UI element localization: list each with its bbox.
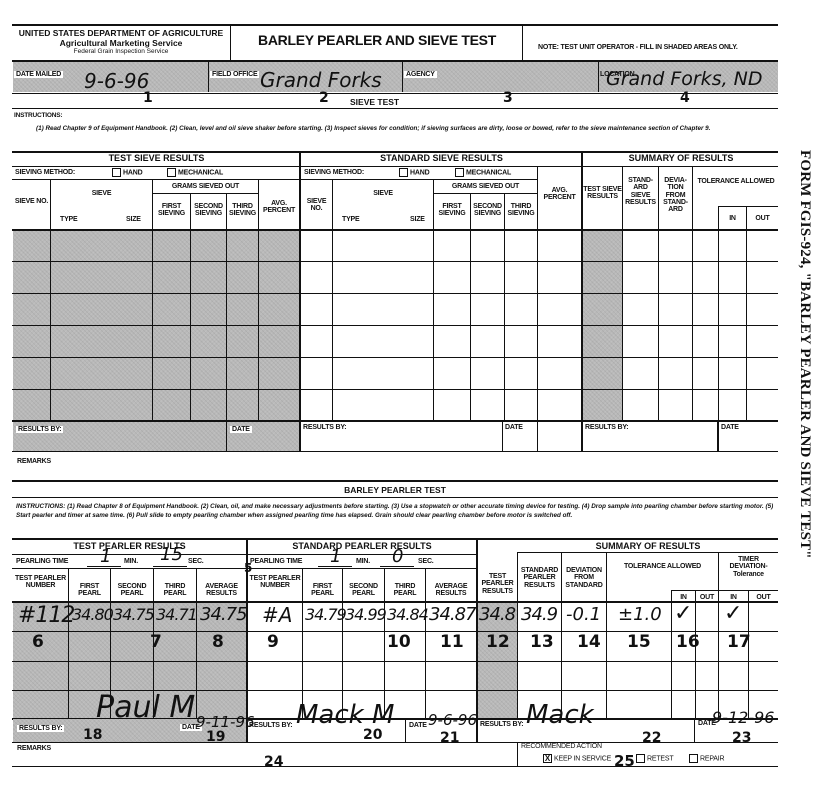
rule — [12, 179, 299, 180]
header-divider — [522, 24, 523, 60]
ps-col-deviation: DEVIATION FROM STANDARD — [562, 567, 606, 589]
info-divider — [402, 61, 403, 92]
date-mailed-label: DATE MAILED — [14, 71, 63, 78]
sp-third-value[interactable]: 34.84 — [387, 605, 428, 624]
sieve-title-rule — [12, 166, 778, 167]
recommended-action-label: RECOMMENDED ACTION — [521, 743, 602, 750]
ps-tolerance-in-check[interactable]: ✓ — [674, 600, 692, 626]
std-col-type: TYPE — [342, 216, 359, 223]
pearler-table-top — [12, 538, 778, 540]
ps-results-by-label: RESULTS BY: — [480, 721, 523, 728]
checkbox[interactable] — [455, 168, 464, 177]
grid-row-line — [12, 357, 778, 358]
ps-col-tolerance: TOLERANCE ALLOWED — [607, 563, 718, 570]
header-divider — [230, 24, 231, 60]
test-date-label: DATE — [230, 426, 252, 433]
ps-col-test: TEST PEARLER RESULTS — [478, 573, 517, 595]
col-line — [718, 206, 719, 451]
col-line — [717, 421, 718, 451]
marker-22: 22 — [642, 730, 661, 746]
grid-row-line — [12, 293, 778, 294]
checkbox[interactable] — [167, 168, 176, 177]
col-line — [258, 179, 259, 421]
grid-row-line — [12, 325, 778, 326]
rule — [12, 451, 778, 452]
col-line — [671, 590, 672, 719]
checkbox-checked[interactable]: X — [543, 754, 552, 763]
std-sec-label: SEC. — [418, 558, 434, 565]
sieve-heading-rule — [12, 108, 778, 109]
marker-1: 1 — [143, 90, 153, 106]
agency-label: AGENCY — [404, 71, 437, 78]
operator-note: NOTE: TEST UNIT OPERATOR - FILL IN SHADE… — [538, 44, 738, 51]
std-results-by-label: RESULTS BY: — [303, 424, 346, 431]
tp-average-value[interactable]: 34.75 — [200, 604, 247, 625]
std-col-second: SECOND SIEVING — [471, 203, 504, 218]
sieve-instructions: (1) Read Chapter 9 of Equipment Handbook… — [36, 124, 771, 133]
sum-col-deviation: DEVIA-TION FROM STAND-ARD — [659, 177, 692, 214]
sp-col-number: TEST PEARLER NUMBER — [248, 575, 302, 590]
agency-subservice: Federal Grain Inspection Service — [14, 48, 228, 55]
col-first-sieving: FIRST SIEVING — [153, 203, 190, 218]
test-sieve-title: TEST SIEVE RESULTS — [14, 153, 299, 163]
col-size: SIZE — [126, 216, 141, 223]
standard-sieve-title: STANDARD SIEVE RESULTS — [302, 153, 581, 163]
std-sec-value[interactable]: 0 — [392, 546, 403, 567]
field-office-field[interactable]: FIELD OFFICE Grand Forks — [210, 63, 401, 92]
col-line — [50, 179, 51, 421]
standard-pearler-title: STANDARD PEARLER RESULTS — [248, 541, 476, 551]
col-line — [748, 590, 749, 719]
ps-tolerance-value[interactable]: ±1.0 — [618, 604, 662, 625]
sum-col-standard: STAND-ARD SIEVE RESULTS — [623, 177, 658, 206]
top-rule — [12, 24, 778, 26]
checkbox[interactable] — [636, 754, 645, 763]
sieve-test-heading: SIEVE TEST — [350, 97, 399, 107]
marker-25: 25 — [614, 752, 635, 770]
sum-col-out: OUT — [747, 215, 778, 222]
test-sec-label: SEC. — [188, 558, 204, 565]
col-sieve-no: SIEVE NO. — [13, 198, 50, 205]
col-line — [405, 719, 406, 742]
agency-field[interactable]: AGENCY — [404, 63, 597, 92]
std-col-sieve: SIEVE — [333, 190, 433, 197]
tp-col-first: FIRST PEARL — [69, 583, 110, 598]
ps-col-standard: STANDARD PEARLER RESULTS — [518, 567, 561, 589]
std-min-value[interactable]: 1 — [330, 546, 341, 567]
rule — [12, 554, 476, 555]
col-avg-percent: AVG. PERCENT — [259, 200, 299, 215]
rule — [517, 552, 778, 553]
sp-col-first: FIRST PEARL — [303, 583, 342, 598]
sum-date-label: DATE — [721, 424, 739, 431]
action-retest[interactable]: RETEST — [636, 754, 673, 763]
sieve-remarks-label: REMARKS — [17, 458, 51, 465]
pearler-row-line — [12, 601, 778, 603]
std-col-grams: GRAMS SIEVED OUT — [434, 183, 537, 190]
marker-11: 11 — [440, 632, 464, 652]
grid-row-line — [12, 420, 778, 422]
location-value: Grand Forks, ND — [606, 68, 763, 90]
std-method-hand[interactable]: HAND — [399, 168, 429, 177]
col-line — [190, 193, 191, 421]
col-second-sieving: SECOND SIEVING — [191, 203, 226, 218]
sp-average-value[interactable]: 34.87 — [429, 604, 476, 625]
checkbox[interactable] — [112, 168, 121, 177]
agency-block: UNITED STATES DEPARTMENT OF AGRICULTURE … — [14, 28, 228, 55]
tp-col-second: SECOND PEARL — [111, 583, 153, 598]
std-col-first: FIRST SIEVING — [434, 203, 470, 218]
ps-date-value[interactable]: 9-12-96 — [712, 708, 774, 727]
test-min-value[interactable]: 1 — [100, 546, 111, 567]
form-bottom-rule — [12, 766, 778, 767]
pearler-top-rule — [12, 480, 778, 482]
test-sec-value[interactable]: 15 — [160, 544, 183, 565]
tp-third-value[interactable]: 34.71 — [156, 605, 197, 624]
sp-date-label: DATE — [409, 722, 427, 729]
location-field[interactable]: LOCATION Grand Forks, ND — [600, 63, 777, 92]
marker-10: 10 — [387, 632, 411, 652]
sp-first-value[interactable]: 34.79 — [305, 605, 346, 624]
col-type: TYPE — [60, 216, 77, 223]
rule — [300, 179, 537, 180]
test-min-label: MIN. — [124, 558, 138, 565]
grid-row-line — [12, 229, 778, 231]
sum-col-tolerance: TOLERANCE ALLOWED — [694, 178, 778, 185]
marker-9: 9 — [267, 632, 279, 652]
test-pearling-time-label: PEARLING TIME — [16, 558, 68, 565]
tp-second-value[interactable]: 34.75 — [113, 605, 154, 624]
marker-15: 15 — [627, 632, 651, 652]
std-date-label: DATE — [505, 424, 523, 431]
test-pearler-title: TEST PEARLER RESULTS — [13, 541, 246, 551]
marker-18: 18 — [83, 727, 102, 743]
pearler-remarks-label: REMARKS — [17, 745, 51, 752]
tp-results-by-signature[interactable]: Paul M — [96, 690, 195, 725]
std-method-mechanical[interactable]: MECHANICAL — [455, 168, 511, 177]
ps-standard-value[interactable]: 34.9 — [521, 604, 557, 625]
tp-first-value[interactable]: 34.80 — [72, 605, 113, 624]
action-keep-in-service[interactable]: XKEEP IN SERVICE — [543, 754, 611, 763]
ps-timer-in-check[interactable]: ✓ — [724, 600, 742, 626]
action-repair[interactable]: REPAIR — [689, 754, 724, 763]
pearler-row-line — [12, 661, 778, 662]
col-sieve: SIEVE — [51, 190, 152, 197]
marker-14: 14 — [577, 632, 601, 652]
marker-20: 20 — [363, 727, 382, 743]
ps-test-value[interactable]: 34.8 — [479, 604, 515, 625]
std-col-sieve-no: SIEVE NO. — [301, 198, 332, 213]
tp-number-value[interactable]: #112 — [18, 603, 74, 628]
pearler-summary-title: SUMMARY OF RESULTS — [518, 541, 778, 551]
rule — [671, 590, 778, 591]
rule — [718, 206, 778, 207]
marker-12: 12 — [486, 632, 510, 652]
agency-service: Agricultural Marketing Service — [14, 38, 228, 48]
col-line — [502, 421, 503, 451]
marker-17: 17 — [727, 632, 751, 652]
sp-col-second: SECOND PEARL — [343, 583, 384, 598]
test-sieving-method-label: SIEVING METHOD: — [15, 169, 75, 176]
test-sec-line — [153, 566, 187, 567]
sp-number-value[interactable]: #A — [262, 603, 292, 627]
col-third-sieving: THIRD SIEVING — [227, 203, 258, 218]
ps-deviation-value[interactable]: -0.1 — [566, 604, 601, 625]
sum-col-test: TEST SIEVE RESULTS — [583, 186, 622, 201]
marker-3: 3 — [503, 90, 513, 106]
sum-results-by-label: RESULTS BY: — [585, 424, 628, 431]
col-line — [332, 179, 333, 421]
pearler-divider — [476, 538, 478, 719]
col-line — [226, 193, 227, 421]
marker-16: 16 — [676, 632, 700, 652]
std-col-third: THIRD SIEVING — [505, 203, 537, 218]
date-mailed-value: 9-6-96 — [84, 69, 149, 93]
info-row-bottom — [12, 93, 778, 94]
tp-col-average: AVERAGE RESULTS — [197, 583, 246, 598]
side-caption-container: FORM FGIS-924, "BARLEY PEARLER AND SIEVE… — [795, 150, 815, 670]
tp-col-third: THIRD PEARL — [154, 583, 196, 598]
side-caption: FORM FGIS-924, "BARLEY PEARLER AND SIEVE… — [796, 150, 813, 670]
col-line — [695, 590, 696, 719]
test-method-mechanical[interactable]: MECHANICAL — [167, 168, 223, 177]
test-method-hand[interactable]: HAND — [112, 168, 142, 177]
ps-results-by-signature[interactable]: Mack — [526, 700, 594, 730]
rule — [12, 497, 778, 498]
sieve-instructions-label: INSTRUCTIONS: — [14, 113, 62, 120]
marker-2: 2 — [319, 90, 329, 106]
col-line — [504, 193, 505, 421]
col-line — [537, 166, 538, 451]
grid-row-line — [12, 261, 778, 262]
sp-col-average: AVERAGE RESULTS — [426, 583, 476, 598]
form-title: BARLEY PEARLER AND SIEVE TEST — [232, 32, 522, 48]
col-line — [226, 421, 227, 451]
col-line — [517, 742, 518, 766]
grid-row-line — [12, 389, 778, 390]
col-line — [470, 193, 471, 421]
marker-21: 21 — [440, 730, 459, 746]
field-office-label: FIELD OFFICE — [210, 71, 259, 78]
tp-results-by-label: RESULTS BY: — [17, 725, 64, 732]
sum-col-in: IN — [719, 215, 746, 222]
pearler-test-heading: BARLEY PEARLER TEST — [12, 485, 778, 495]
rule — [433, 193, 537, 194]
rule — [12, 742, 778, 743]
col-line — [694, 719, 695, 742]
info-divider — [208, 61, 209, 92]
checkbox[interactable] — [689, 754, 698, 763]
sp-results-by-signature[interactable]: Mack M — [296, 700, 394, 730]
test-results-by-label: RESULTS BY: — [16, 426, 63, 433]
marker-8: 8 — [212, 632, 224, 652]
col-grams-sieved-out: GRAMS SIEVED OUT — [153, 183, 258, 190]
tp-col-number: TEST PEARLER NUMBER — [13, 575, 68, 590]
checkbox[interactable] — [399, 168, 408, 177]
sp-date-value[interactable]: 9-6-96 — [428, 711, 477, 729]
rule — [152, 193, 258, 194]
marker-4: 4 — [680, 90, 690, 106]
sieve-section-divider — [299, 151, 301, 451]
summary-sieve-title: SUMMARY OF RESULTS — [584, 153, 778, 163]
std-pearling-time-label: PEARLING TIME — [250, 558, 302, 565]
marker-23: 23 — [732, 730, 751, 746]
marker-7: 7 — [150, 632, 162, 652]
std-sieving-method-label: SIEVING METHOD: — [304, 169, 364, 176]
marker-13: 13 — [530, 632, 554, 652]
marker-6: 6 — [32, 632, 44, 652]
info-divider — [598, 61, 599, 92]
pearler-instructions: INSTRUCTIONS: (1) Read Chapter 8 of Equi… — [16, 502, 776, 520]
sp-col-third: THIRD PEARL — [385, 583, 425, 598]
marker-24: 24 — [264, 754, 283, 770]
col-line — [606, 552, 607, 719]
std-col-avg: AVG. PERCENT — [538, 187, 581, 202]
sp-results-by-label: RESULTS BY: — [249, 722, 292, 729]
agency-name: UNITED STATES DEPARTMENT OF AGRICULTURE — [14, 28, 228, 38]
field-office-value: Grand Forks — [260, 68, 382, 92]
rule — [12, 568, 476, 569]
date-mailed-field[interactable]: DATE MAILED 9-6-96 — [14, 63, 207, 92]
std-col-size: SIZE — [410, 216, 425, 223]
std-min-label: MIN. — [356, 558, 370, 565]
sp-second-value[interactable]: 34.99 — [345, 605, 386, 624]
ps-col-timer: TIMER DEVIATION-Tolerance — [719, 556, 778, 578]
